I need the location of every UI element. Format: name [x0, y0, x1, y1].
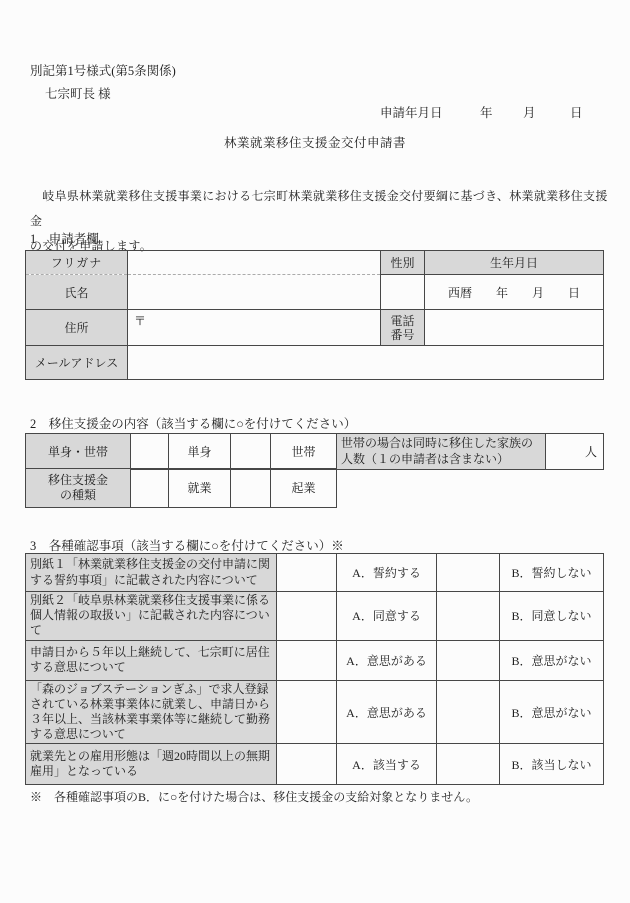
- single-option: 単身: [169, 434, 231, 470]
- gender-field: [381, 275, 425, 310]
- household-mark-cell: [231, 434, 271, 470]
- confirmation-description: 別紙１「林業就業移住支援金の交付申請に関 する誓約事項」に記載された内容について: [26, 554, 277, 592]
- mark-a-cell: [277, 680, 337, 744]
- name-label: 氏名: [26, 275, 128, 310]
- intro-paragraph: 岐阜県林業就業移住支援事業における七宗町林業就業移住支援金交付要綱に基づき、林業…: [30, 184, 610, 259]
- confirmation-description: 別紙２「岐阜県林業就業移住支援事業に係る 個人情報の取扱い」に記載された内容につ…: [26, 592, 277, 641]
- option-a-label: A．該当する: [337, 744, 437, 785]
- household-label: 単身・世帯: [26, 434, 131, 470]
- gender-label: 性別: [381, 251, 425, 275]
- footnote: ※ 各種確認事項のB．に○を付けた場合は、移住支援金の支給対象となりません。: [30, 788, 478, 805]
- email-label: メールアドレス: [26, 346, 128, 380]
- date-day-label: 日: [570, 103, 583, 121]
- option-a-label: A．誓約する: [337, 554, 437, 592]
- addressee: 七宗町長 様: [45, 84, 111, 102]
- option-a-label: A．意思がある: [337, 640, 437, 680]
- option-b-label: B．意思がない: [500, 640, 604, 680]
- phone-label: 電話 番号: [381, 310, 425, 346]
- mark-a-cell: [277, 744, 337, 785]
- application-form-page: 別記第1号様式(第5条関係) 七宗町長 様 申請年月日 年 月 日 林業就業移住…: [0, 0, 630, 903]
- household-option: 世帯: [271, 434, 337, 470]
- single-mark-cell: [131, 434, 169, 470]
- support-table-top: 単身・世帯 単身 世帯 世帯の場合は同時に移住した家族の 人数（１の申請者は含ま…: [25, 433, 604, 470]
- startup-option: 起業: [271, 468, 337, 507]
- family-count-note: 世帯の場合は同時に移住した家族の 人数（１の申請者は含まない）: [337, 434, 546, 470]
- option-b-label: B．誓約しない: [500, 554, 604, 592]
- address-label: 住所: [26, 310, 128, 346]
- phone-field: [425, 310, 604, 346]
- mark-b-cell: [437, 592, 500, 641]
- support-type-label: 移住支援金 の種類: [26, 468, 131, 507]
- furigana-field: [128, 251, 381, 275]
- option-b-label: B．該当しない: [500, 744, 604, 785]
- section1-heading: 1 申請者欄: [30, 229, 99, 247]
- confirmation-description: 「森のジョブステーションぎふ」で求人登録 されている林業事業体に就業し、申請日か…: [26, 680, 277, 744]
- employment-option: 就業: [169, 468, 231, 507]
- page-title: 林業就業移住支援金交付申請書: [0, 133, 630, 151]
- date-year-label: 年: [480, 103, 493, 121]
- startup-mark-cell: [231, 468, 271, 507]
- mark-a-cell: [277, 554, 337, 592]
- option-a-label: A．同意する: [337, 592, 437, 641]
- mark-b-cell: [437, 640, 500, 680]
- option-a-label: A．意思がある: [337, 680, 437, 744]
- form-number: 別記第1号様式(第5条関係): [30, 61, 176, 79]
- mark-b-cell: [437, 744, 500, 785]
- date-month-label: 月: [523, 103, 536, 121]
- confirmation-description: 申請日から５年以上継続して、七宗町に居住 する意思について: [26, 640, 277, 680]
- confirmation-description: 就業先との雇用形態は「週20時間以上の無期 雇用」となっている: [26, 744, 277, 785]
- mark-b-cell: [437, 554, 500, 592]
- address-field: 〒: [128, 310, 381, 346]
- applicant-table: フリガナ 性別 生年月日 氏名 西暦 年 月 日 住所 〒 電話 番号 メールア…: [25, 250, 604, 380]
- application-date-label: 申請年月日: [380, 103, 443, 121]
- family-count-unit-cell: 人: [546, 434, 604, 470]
- section3-heading: 3 各種確認事項（該当する欄に○を付けてください）※: [30, 536, 344, 554]
- support-table-bottom: 移住支援金 の種類 就業 起業: [25, 468, 337, 508]
- mark-b-cell: [437, 680, 500, 744]
- employment-mark-cell: [131, 468, 169, 507]
- mark-a-cell: [277, 592, 337, 641]
- application-date-line: 申請年月日 年 月 日: [0, 103, 630, 121]
- mark-a-cell: [277, 640, 337, 680]
- section2-heading: 2 移住支援金の内容（該当する欄に○を付けてください）: [30, 414, 356, 432]
- email-field: [128, 346, 604, 380]
- name-field: [128, 275, 381, 310]
- option-b-label: B．意思がない: [500, 680, 604, 744]
- birthdate-field: 西暦 年 月 日: [425, 275, 604, 310]
- option-b-label: B．同意しない: [500, 592, 604, 641]
- confirmation-table: 別紙１「林業就業移住支援金の交付申請に関 する誓約事項」に記載された内容について…: [25, 553, 604, 785]
- furigana-label: フリガナ: [26, 251, 128, 275]
- birthdate-label: 生年月日: [425, 251, 604, 275]
